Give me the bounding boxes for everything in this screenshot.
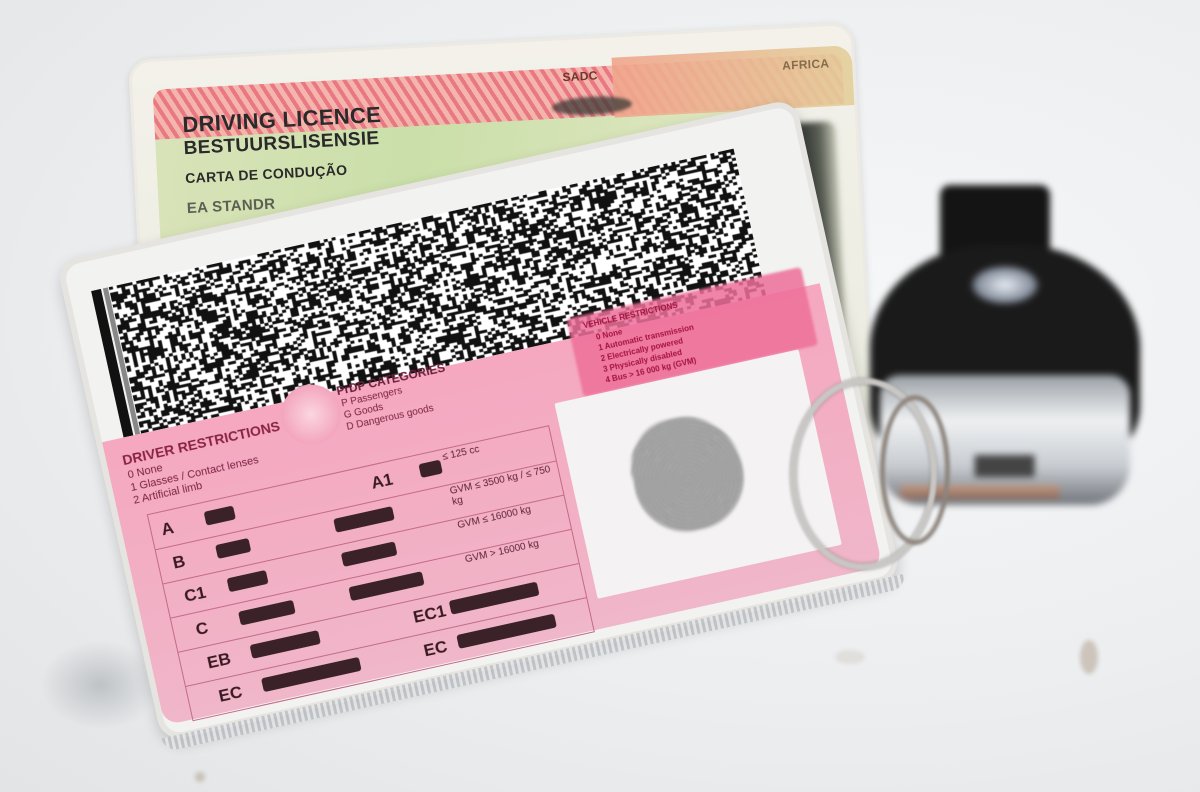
category-code: C1 [182,583,208,607]
category-code: B [171,551,187,573]
category-code: EC [422,637,449,662]
surface-speck [835,650,865,664]
truck-with-tanker-icon [456,614,557,649]
surface-speck [1080,640,1098,674]
motorcycle-icon [204,505,236,525]
category-code: A1 [369,470,395,494]
africa-label: AFRICA [782,56,830,72]
key-fob-grille [975,455,1035,477]
articulated-truck-icon [261,657,362,692]
category-code: A [159,518,175,540]
car-with-trailer-icon [333,506,395,533]
category-code: C [194,618,210,640]
key-ring-inner [880,395,950,545]
gvm-spec: ≤ 125 cc [441,444,480,463]
category-code: EB [205,649,232,674]
gvm-spec: GVM > 16000 kg [464,538,540,565]
mercedes-star-icon [970,265,1040,305]
minibus-icon [341,541,398,567]
fingerprint-icon [622,406,754,542]
light-truck-icon [227,570,269,592]
gvm-spec: GVM ≤ 16000 kg [456,504,532,531]
car-icon [215,538,251,559]
heavy-truck-icon [238,600,296,626]
gvm-spec: GVM ≤ 3500 kg / ≤ 750 kg [449,462,561,507]
category-code: EC [217,682,244,707]
light-motorcycle-icon [418,460,443,478]
sadc-label: SADC [562,68,598,84]
category-code: EC1 [411,601,448,628]
surface-speck [195,772,205,782]
